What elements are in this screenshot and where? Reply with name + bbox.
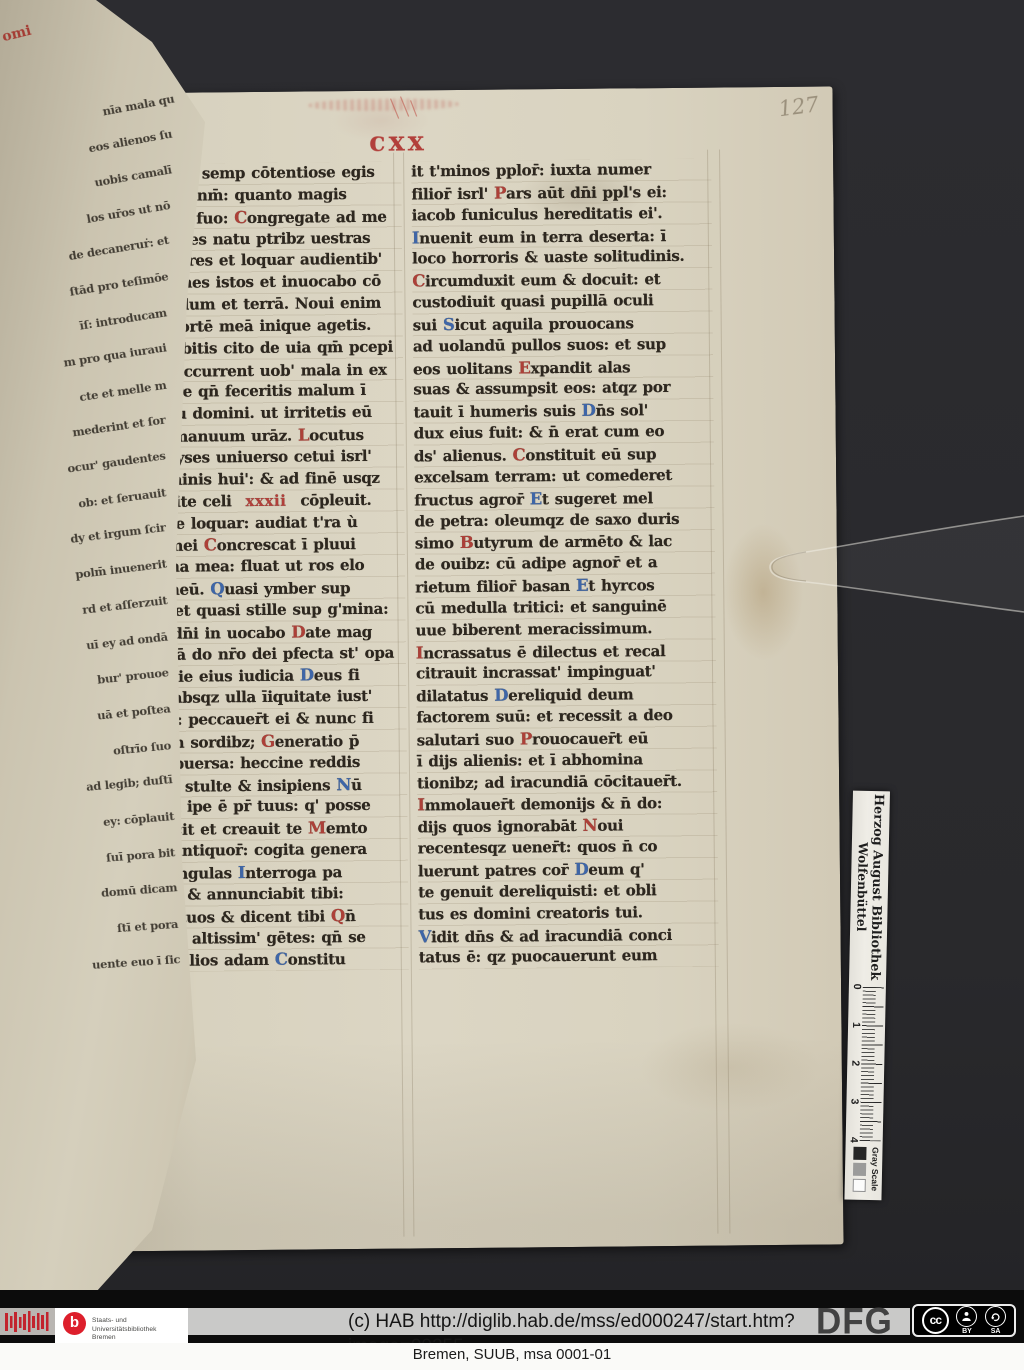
manuscript-line: custodiuit quasi pupillā oculi	[412, 290, 712, 315]
manuscript-line: cū medulla tritici: et sanguinē	[415, 595, 715, 620]
manuscript-page: 127 cxx A me uobiscū semp cōtentiose egi…	[80, 86, 843, 1251]
verso-text-fragment: ocur' gaudentes	[67, 448, 167, 475]
library-name-label: Herzog August Bibliothek Wolfenbüttel	[849, 791, 890, 984]
manuscript-line: filior̄ isrl' Pars aūt dn̄i ppl's ei:	[411, 180, 711, 205]
copyright-bar: (c) HAB http://diglib.hab.de/mss/ed00024…	[188, 1308, 910, 1335]
suub-bars-logo	[0, 1308, 55, 1335]
cc-by-unit: BY	[956, 1306, 977, 1335]
verso-text-fragment: oſtrīo ſuo	[113, 738, 172, 757]
attribution-footer: b Staats- undUniversitätsbibliothekBreme…	[0, 1290, 1024, 1343]
manuscript-line: rietum filior̄ basan Et hyrcos	[415, 574, 715, 599]
manuscript-line: ad uolandū pullos suos: et sup	[413, 333, 713, 358]
verso-text-fragment: los ur̄os ut nō	[85, 198, 171, 226]
manuscript-line: iacob funiculus hereditatis ei'.	[412, 202, 712, 227]
verso-text-fragment: īſ: introducam	[79, 306, 168, 333]
verso-text-fragment: dy et irgum ſcir	[70, 520, 167, 546]
verso-text-fragment: uā et poſtea	[96, 701, 171, 722]
verso-text-fragment: de decaneruṙ: et	[68, 233, 170, 263]
gray-patch-black	[853, 1147, 866, 1160]
verso-text-fragment: domū dicam	[100, 881, 177, 901]
verso-running-header-fragment: omi	[1, 23, 33, 46]
verso-text-fragment: ſtād pro teſimōe	[68, 269, 169, 299]
manuscript-line: it t'minos pplor̄: iuxta numer	[411, 159, 711, 184]
attribution-person-icon	[956, 1306, 977, 1327]
manuscript-line: ds' alienus. Constituit eū sup	[414, 443, 714, 468]
verso-text-fragment: ob: et ſeruauit	[77, 485, 166, 510]
manuscript-line: simo Butyrum de armēto & lac	[415, 530, 715, 555]
ruler-number: 2	[849, 1060, 861, 1066]
manuscript-line: citrauit incrassat' impinguat'	[416, 661, 716, 686]
text-column-right: it t'minos pplor̄: iuxta numerfilior̄ is…	[411, 159, 719, 970]
manuscript-line: recentesqz uener̄t: quos n̄ co	[418, 836, 718, 861]
cc-license-badge: cc BY SA	[912, 1304, 1016, 1337]
manuscript-line: Vidit dn̄s & ad iracundiā conci	[418, 923, 718, 948]
verso-text-fragment: eos alienos ſu	[88, 126, 174, 155]
verso-text-fragment: polm̄ inuenerit	[74, 557, 167, 582]
manuscript-line: Immolauer̄t demonijs & n̄ do:	[417, 792, 717, 817]
verso-text-fragment: bur' prouoe	[97, 665, 170, 686]
verso-text-fragment: ey: cōplauit	[102, 809, 174, 829]
shelfmark-caption: Bremen, SUUB, msa 0001-01	[0, 1343, 1024, 1370]
verso-text-fragment: ad legib; duſtī	[86, 772, 173, 794]
manuscript-line: factorem suū: et recessit a deo	[416, 705, 716, 730]
verso-text-fragment: nīa mala qu	[101, 91, 175, 118]
ruler-number: 1	[850, 1022, 862, 1028]
manuscript-line: dijs quos ignorabāt Noui	[417, 814, 717, 839]
digitized-manuscript-photo: omi nīa mala queos alienos ſuuobis camal…	[0, 0, 1024, 1370]
manuscript-line: luerunt patres cor̄ Deum q'	[418, 858, 718, 883]
ruler-number: 0	[851, 984, 863, 990]
cc-sa-unit: SA	[985, 1306, 1006, 1335]
manuscript-line: de petra: oleumqz de saxo duris	[414, 508, 714, 533]
gray-scale-patch: Gray Scale	[844, 1143, 882, 1201]
manuscript-line: salutari suo Prouocauer̄t eū	[417, 726, 717, 751]
manuscript-line: tauit ī humeris suis Dn̄s sol'	[413, 399, 713, 424]
verso-text-fragment: m pro qua iuraui	[62, 340, 167, 369]
manuscript-line: Incrassatus ē dilectus et recal	[416, 639, 716, 664]
cm-scale: 01234	[846, 983, 886, 1144]
manuscript-line: excelsam terram: ut comederet	[414, 464, 714, 489]
manuscript-line: eos uolitans Expandit alas	[413, 355, 713, 380]
manuscript-line: tatus ē: qz puocauerunt eum	[419, 945, 719, 970]
manuscript-line: tionibz; ad iracundiā cōcitauer̄t.	[417, 770, 717, 795]
verso-text-fragment: cte et melle m	[78, 377, 167, 403]
verso-text-fragment: ſtī et pora	[117, 917, 179, 935]
color-calibration-ruler: Herzog August Bibliothek Wolfenbüttel 01…	[844, 791, 890, 1201]
verso-text-fragment: ſuī pora bit	[106, 845, 176, 865]
manuscript-line: dux eius fuit: & n̄ erat cum eo	[414, 421, 714, 446]
bremen-library-name: Staats- undUniversitätsbibliothekBremen	[92, 1317, 157, 1343]
manuscript-line: de ouibz: cū adipe agnor̄ et a	[415, 552, 715, 577]
gray-patch-mid	[853, 1163, 866, 1176]
verso-text-fragment: rd et aſſerzuit	[81, 593, 168, 617]
manuscript-line: fructus agror̄ Et sugeret mel	[414, 486, 714, 511]
cc-icon: cc	[922, 1307, 949, 1334]
verso-text-fragment: uobis camalī	[93, 163, 172, 190]
dfg-logo: DFG	[816, 1301, 893, 1343]
manuscript-line: sui Sicut aquila prouocans	[413, 311, 713, 336]
share-alike-arrow-icon	[985, 1306, 1006, 1327]
manuscript-line: uue biberent meracissimum.	[416, 617, 716, 642]
verso-text-fragment: uī ey ad ondā	[86, 629, 169, 652]
manuscript-line: Inuenit eum in terra deserta: ī	[412, 224, 712, 249]
manuscript-line: tus es domini creatoris tui.	[418, 901, 718, 926]
manuscript-line: suas & assumpsit eos: atqz por	[413, 377, 713, 402]
verso-text-fragment: uente euo ī ſic	[91, 952, 180, 972]
manuscript-line: dilatatus Dereliquid deum	[416, 683, 716, 708]
manuscript-line: te genuit dereliquisti: et obli	[418, 879, 718, 904]
verso-text-fragment: mederint et ſor	[72, 413, 167, 440]
manuscript-line: loco horroris & uaste solitudinis.	[412, 246, 712, 271]
manuscript-line: Circumduxit eum & docuit: et	[412, 268, 712, 293]
bremen-b-icon: b	[63, 1312, 86, 1335]
ruler-number: 3	[848, 1098, 860, 1104]
gray-patch-white	[853, 1179, 866, 1192]
manuscript-line: ī dijs alienis: et ī abhomina	[417, 748, 717, 773]
